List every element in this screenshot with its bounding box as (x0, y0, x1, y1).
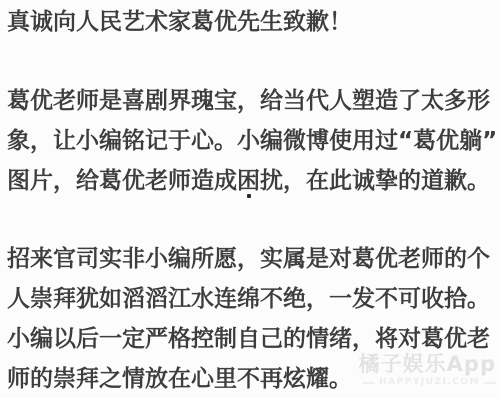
watermark-url: HAPPYJUZI.COM (379, 378, 480, 387)
paragraph-1: 葛优老师是喜剧界瑰宝，给当代人塑造了太多形 象，让小编铭记于心。小编微博使用过“… (7, 81, 493, 201)
watermark-left-rule (363, 382, 375, 384)
watermark-url-row: HAPPYJUZI.COM (359, 378, 496, 387)
paragraph-1-line-2: 象，让小编铭记于心。小编微博使用过“葛优躺” (7, 121, 493, 161)
paragraph-2-line-1: 招来官司实非小编所愿，实属是对葛优老师的个 (7, 239, 493, 279)
watermark-right-rule (484, 382, 496, 384)
ink-dot-artifact (247, 194, 251, 198)
statement-title: 真诚向人民艺术家葛优先生致歉！ (7, 0, 493, 42)
watermark-app-name: 橘子娱乐App (359, 354, 496, 375)
watermark: 橘子娱乐App HAPPYJUZI.COM (359, 354, 496, 387)
paragraph-1-line-1: 葛优老师是喜剧界瑰宝，给当代人塑造了太多形 (7, 81, 493, 121)
paragraph-2-line-2: 人崇拜犹如滔滔江水连绵不绝，一发不可收拾。 (7, 279, 493, 319)
apology-statement-page: 真诚向人民艺术家葛优先生致歉！ 葛优老师是喜剧界瑰宝，给当代人塑造了太多形 象，… (0, 0, 500, 398)
